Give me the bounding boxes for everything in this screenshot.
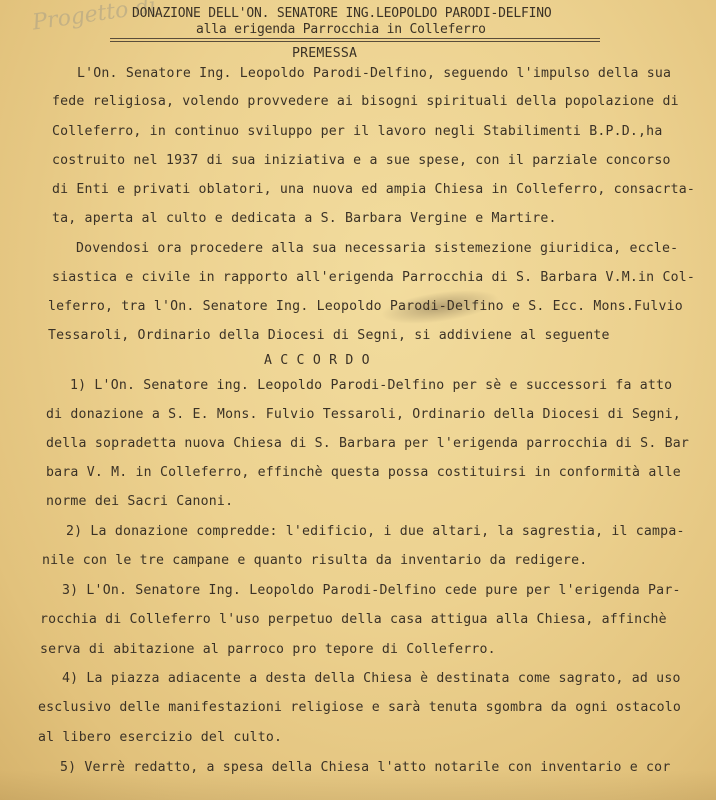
premessa-line: siastica e civile in rapporto all'erigen… bbox=[52, 270, 695, 285]
accordo-line: 4) La piazza adiacente a desta della Chi… bbox=[62, 671, 681, 686]
accordo-line: della sopradetta nuova Chiesa di S. Barb… bbox=[46, 436, 689, 451]
accordo-line: bara V. M. in Colleferro, effinchè quest… bbox=[46, 465, 681, 480]
premessa-line: costruito nel 1937 di sua iniziativa e a… bbox=[52, 153, 671, 168]
premessa-line: Tessaroli, Ordinario della Diocesi di Se… bbox=[48, 328, 610, 343]
accordo-line: 2) La donazione compredde: l'edificio, i… bbox=[66, 524, 685, 539]
premessa-line: L'On. Senatore Ing. Leopoldo Parodi-Delf… bbox=[77, 66, 671, 81]
accordo-line: nile con le tre campane e quanto risulta… bbox=[42, 553, 587, 568]
premessa-line: fede religiosa, volendo provvedere ai bi… bbox=[52, 94, 679, 109]
document-subtitle: alla erigenda Parrocchia in Colleferro bbox=[196, 22, 486, 37]
document-page: Progetto di DONAZIONE DELL'ON. SENATORE … bbox=[0, 0, 716, 800]
accordo-line: serva di abitazione al parroco pro tepor… bbox=[40, 642, 496, 657]
premessa-line: Dovendosi ora procedere alla sua necessa… bbox=[76, 241, 678, 256]
premessa-line: di Enti e privati oblatori, una nuova ed… bbox=[52, 182, 695, 197]
premessa-line: leferro, tra l'On. Senatore Ing. Leopold… bbox=[48, 299, 683, 314]
accordo-line: 3) L'On. Senatore Ing. Leopoldo Parodi-D… bbox=[62, 583, 681, 598]
ink-smudge bbox=[378, 284, 501, 330]
accordo-line: esclusivo delle manifestazioni religiose… bbox=[38, 700, 681, 715]
document-title: DONAZIONE DELL'ON. SENATORE ING.LEOPOLDO… bbox=[132, 6, 551, 21]
section-heading-premessa: PREMESSA bbox=[292, 46, 357, 61]
accordo-line: di donazione a S. E. Mons. Fulvio Tessar… bbox=[46, 407, 681, 422]
accordo-line: 1) L'On. Senatore ing. Leopoldo Parodi-D… bbox=[70, 378, 672, 393]
premessa-line: Colleferro, in continuo sviluppo per il … bbox=[52, 124, 662, 139]
premessa-line: ta, aperta al culto e dedicata a S. Barb… bbox=[52, 211, 557, 226]
section-heading-accordo: A C C O R D O bbox=[264, 353, 370, 368]
accordo-line: al libero esercizio del culto. bbox=[38, 730, 282, 745]
paper-shadow bbox=[0, 770, 716, 800]
accordo-line: rocchia di Colleferro l'uso perpetuo del… bbox=[40, 612, 667, 627]
accordo-line: norme dei Sacri Canoni. bbox=[46, 494, 233, 509]
double-rule-divider bbox=[110, 38, 600, 42]
